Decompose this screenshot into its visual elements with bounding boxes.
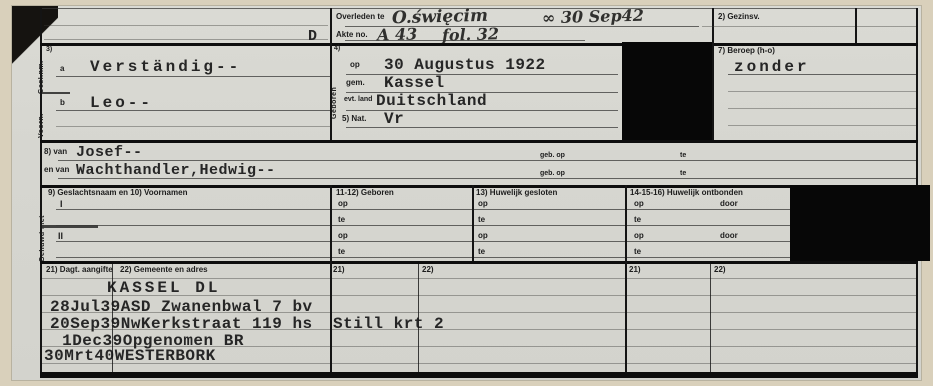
ruled-line — [56, 225, 916, 226]
col22-header-mid: 22) — [422, 265, 434, 274]
redaction-box-photo — [622, 42, 712, 140]
divider — [330, 8, 332, 45]
akte-no-value: A 43 — [377, 24, 418, 44]
still-krt-note: Still krt 2 — [333, 315, 444, 333]
divider — [330, 261, 332, 372]
ruled-line — [702, 26, 916, 27]
overleden-te-label: Overleden te — [336, 12, 384, 21]
ruled-line — [56, 110, 330, 111]
col-married-header: 13) Huwelijk gesloten — [476, 188, 557, 197]
ruled-line — [728, 74, 916, 75]
divider — [710, 264, 711, 372]
ruled-line — [627, 278, 916, 279]
margin-tick — [42, 92, 70, 94]
ruled-line — [627, 363, 916, 364]
ruled-line — [627, 346, 916, 347]
ruled-line — [627, 312, 916, 313]
ruled-line — [332, 295, 625, 296]
married-te-1: te — [478, 215, 485, 224]
married-op-1: op — [478, 199, 488, 208]
ruled-line — [728, 125, 916, 126]
gehuwd-met-rotated-label: Gehuwd met — [39, 206, 46, 262]
ruled-line — [44, 39, 328, 40]
married-te-2: te — [478, 247, 485, 256]
ruled-line — [332, 363, 625, 364]
divider — [112, 264, 113, 372]
divider — [712, 43, 714, 140]
birth-date-value: 30 Augustus 1922 — [384, 56, 546, 74]
ruled-line — [56, 126, 330, 127]
ruled-line — [58, 160, 916, 161]
ruled-line — [346, 127, 618, 128]
divider — [330, 185, 332, 261]
ruled-line — [56, 76, 330, 77]
te-label-1: te — [680, 152, 686, 159]
card-corner-shadow — [12, 6, 58, 64]
geb-op-label-2: geb. op — [540, 170, 565, 177]
ruled-line — [56, 241, 916, 242]
ruled-line — [728, 108, 916, 109]
dissolved-door-1: door — [720, 199, 738, 208]
col-born-header: 11-12) Geboren — [336, 188, 394, 197]
section-divider — [40, 43, 918, 46]
registration-entry: 30Mrt40WESTERBORK — [44, 347, 216, 365]
father-name-value: Josef-- — [76, 144, 143, 161]
nat-label: 5) Nat. — [342, 114, 366, 123]
ruled-line — [56, 209, 916, 210]
birth-place-value: Kassel — [384, 74, 445, 92]
col22-header-right: 22) — [714, 265, 726, 274]
born-op-2: op — [338, 231, 348, 240]
surname-rotated-label: Gesl.nm. — [38, 54, 45, 94]
dissolved-te-2: te — [634, 247, 641, 256]
row-II-label: II — [58, 231, 63, 241]
ruled-line — [627, 329, 916, 330]
scanned-registration-card-page: { "palette": { "page_bg": "#d9d0bb", "ca… — [0, 0, 933, 386]
divider — [472, 185, 474, 261]
birth-country-value: Duitschland — [376, 92, 487, 110]
gemeente-adres-header: 22) Gemeente en adres — [120, 265, 208, 274]
section-divider — [40, 140, 918, 143]
divider — [625, 185, 627, 261]
married-op-2: op — [478, 231, 488, 240]
ruled-line — [56, 257, 916, 258]
registration-entry: 20Sep39NwKerkstraat 119 hs — [50, 315, 313, 333]
akte-fol-value: fol. 32 — [442, 24, 500, 44]
card-bottom-border — [40, 372, 918, 378]
van-label: 8) van — [44, 147, 67, 156]
surname-value: Verständig-- — [90, 58, 241, 76]
row-divider-tick — [42, 225, 98, 228]
firstname-rotated-label: Voorn. — [38, 98, 45, 138]
ruled-line — [58, 178, 916, 179]
ruled-line — [345, 40, 585, 41]
field-3-number: 3) — [46, 46, 52, 53]
overleden-date-value: ∞ 30 Sep42 — [542, 6, 644, 28]
born-te-1: te — [338, 215, 345, 224]
gem-label: gem. — [346, 78, 365, 87]
registration-entry: 28Jul39ASD Zwanenbwal 7 bv — [50, 298, 313, 316]
sub-b-label: b — [60, 98, 65, 107]
dissolved-door-2: door — [720, 231, 738, 240]
beroep-label: 7) Beroep (h-o) — [718, 46, 775, 55]
row-I-label: I — [60, 199, 63, 209]
registration-entry: KASSEL DL — [107, 279, 220, 297]
geb-op-label-1: geb. op — [540, 152, 565, 159]
en-van-label: en van — [44, 165, 69, 174]
divider — [625, 261, 627, 372]
born-op-1: op — [338, 199, 348, 208]
divider — [855, 8, 857, 45]
section-divider — [40, 261, 918, 264]
mother-name-value: Wachthandler,Hedwig-- — [76, 162, 276, 179]
col-dissolved-header: 14-15-16) Huwelijk ontbonden — [630, 188, 743, 197]
dissolved-op-1: op — [634, 199, 644, 208]
te-label-2: te — [680, 170, 686, 177]
dissolved-te-1: te — [634, 215, 641, 224]
ruled-line — [332, 346, 625, 347]
col21-header-mid: 21) — [333, 265, 345, 274]
ruled-line — [332, 278, 625, 279]
registration-card: D Overleden te O.święcim ∞ 30 Sep42 Akte… — [12, 6, 921, 380]
ruled-line — [44, 25, 328, 26]
col-name-header: 9) Geslachtsnaam en 10) Voornamen — [48, 188, 187, 197]
field-4-number: 4) — [334, 45, 340, 52]
col21-header-right: 21) — [629, 265, 641, 274]
ruled-line — [627, 295, 916, 296]
divider — [418, 264, 419, 372]
land-label: evt. land — [344, 96, 372, 103]
born-te-2: te — [338, 247, 345, 256]
geboren-rotated-label: Geboren — [331, 61, 338, 119]
akte-no-label: Akte no. — [336, 30, 368, 39]
gezinsv-label: 2) Gezinsv. — [718, 12, 760, 21]
ruled-line — [332, 312, 625, 313]
sub-a-label: a — [60, 64, 64, 73]
redaction-box-right — [790, 185, 930, 261]
ruled-line — [728, 91, 916, 92]
dagt-aangifte-header: 21) Dagt. aangifte — [46, 265, 113, 274]
op-label: op — [350, 60, 360, 69]
dissolved-op-2: op — [634, 231, 644, 240]
nat-value: Vr — [384, 110, 404, 128]
